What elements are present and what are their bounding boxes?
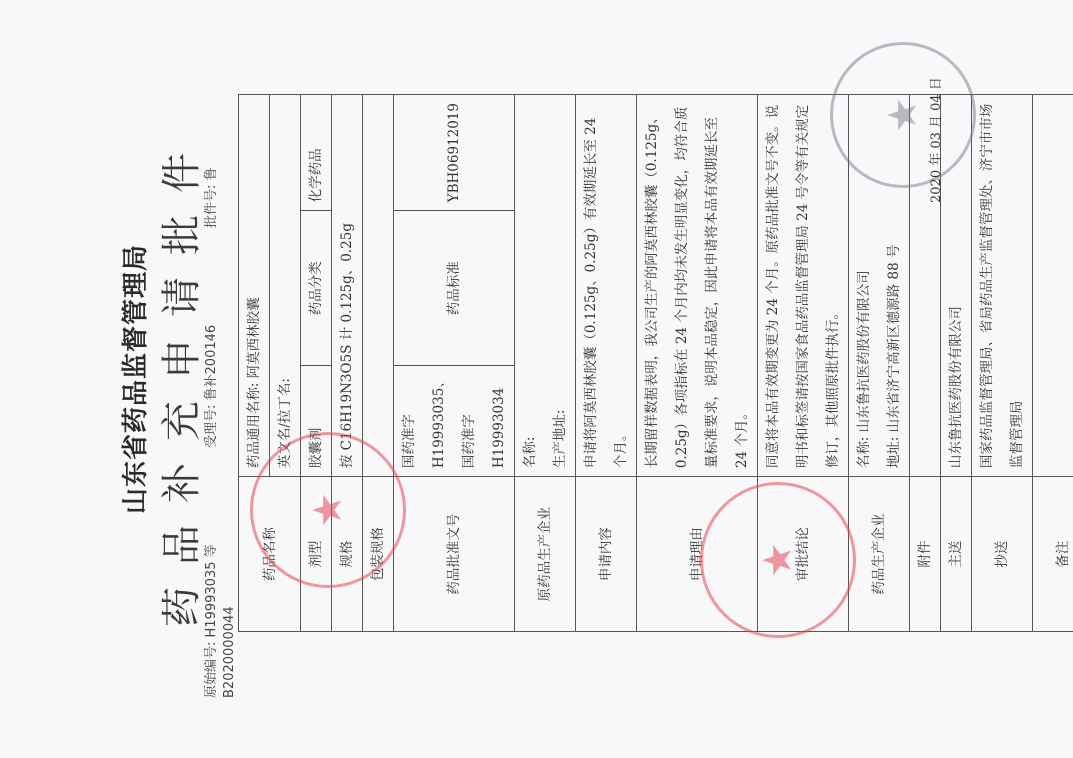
approval-no: 国药准字 H19993035、国药准字 H19993034 <box>394 366 515 477</box>
attachment-label: 附件 <box>910 477 941 632</box>
original-no-2: B2020000044 <box>222 606 237 698</box>
company-seal-stamp: ★ <box>250 432 406 588</box>
acceptance-no: 受理号: 鲁补200146 <box>200 325 219 448</box>
package <box>363 95 394 477</box>
remarks-label: 备注 <box>1033 477 1073 632</box>
generic-name: 药品通用名称: 阿莫西林胶囊 <box>239 95 270 477</box>
star-icon: ★ <box>305 492 351 528</box>
content-label: 申请内容 <box>576 477 637 632</box>
standard: YBH06912019 <box>394 95 515 211</box>
manufacturer-addr: 生产地址: <box>545 103 575 468</box>
table-row: 申请内容 申请将阿莫西林胶囊（0.125g、0.25g）有效期延长至 24 个月… <box>576 95 637 632</box>
spec: 按 C16H19N3O5S 计 0.125g、0.25g <box>332 95 363 477</box>
original-no-label: 原始编号: <box>204 642 219 698</box>
official-seal-stamp: ★ <box>830 42 976 188</box>
original-no: 原始编号: H19993035 等 <box>200 544 219 698</box>
main-to-label: 主送 <box>941 477 972 632</box>
approval-no-label: 批件号: <box>204 185 219 228</box>
category-label: 药品分类 <box>301 211 332 366</box>
approval-no-value: 鲁 <box>204 167 219 180</box>
document-page: 山东省药品监督管理局 药品补充申请批件 原始编号: H19993035 等 受理… <box>0 0 1073 758</box>
acceptance-no-label: 受理号: <box>204 405 219 448</box>
content: 申请将阿莫西林胶囊（0.125g、0.25g）有效期延长至 24 个月。 <box>576 95 637 477</box>
star-icon: ★ <box>880 97 926 133</box>
conclusion: 同意将本品有效期变更为 24 个月。原药品批准文号不变。说明书和标签请按国家食品… <box>758 95 849 477</box>
english-name: 英文名/拉丁名: <box>270 95 301 477</box>
remarks <box>1033 95 1073 477</box>
cc-label: 抄送 <box>972 477 1033 632</box>
cc: 国家药品监督管理局、省局药品生产监督管理处、济宁市市场监督管理局 <box>972 95 1033 477</box>
seal-stamp-2: ★ <box>700 482 856 638</box>
table-row: 原药品生产企业 名称:生产地址: <box>515 95 576 632</box>
table-row: 抄送 国家药品监督管理局、省局药品生产监督管理处、济宁市市场监督管理局 <box>972 95 1033 632</box>
star-icon: ★ <box>755 542 801 578</box>
approval-no: 批件号: 鲁 <box>200 167 219 228</box>
document-title: 药品补充申请批件 <box>150 0 207 758</box>
meta-row: 原始编号: H19993035 等 受理号: 鲁补200146 批件号: 鲁 <box>200 60 224 698</box>
manufacturer-label: 原药品生产企业 <box>515 477 576 632</box>
standard-label: 药品标准 <box>394 211 515 366</box>
table-row: 备注 <box>1033 95 1073 632</box>
table-row: 主送 山东鲁抗医药股份有限公司 <box>941 95 972 632</box>
acceptance-no-value: 鲁补200146 <box>204 325 219 401</box>
manufacturer: 名称:生产地址: <box>515 95 576 477</box>
seal-date: 2020 年 03 月 04 日 <box>925 77 944 203</box>
producer-label: 药品生产企业 <box>849 477 910 632</box>
category: 化学药品 <box>301 95 332 211</box>
original-no-value: H19993035 等 <box>204 544 219 637</box>
reason: 长期留样数据表明，我公司生产的阿莫西林胶囊（0.125g、0.25g）各项指标在… <box>637 95 758 477</box>
approval-no-label: 药品批准文号 <box>394 477 515 632</box>
table-row: 药品批准文号 国药准字 H19993035、国药准字 H19993034 药品标… <box>394 95 515 632</box>
manufacturer-name: 名称: <box>515 103 545 468</box>
agency-name: 山东省药品监督管理局 <box>115 0 152 758</box>
